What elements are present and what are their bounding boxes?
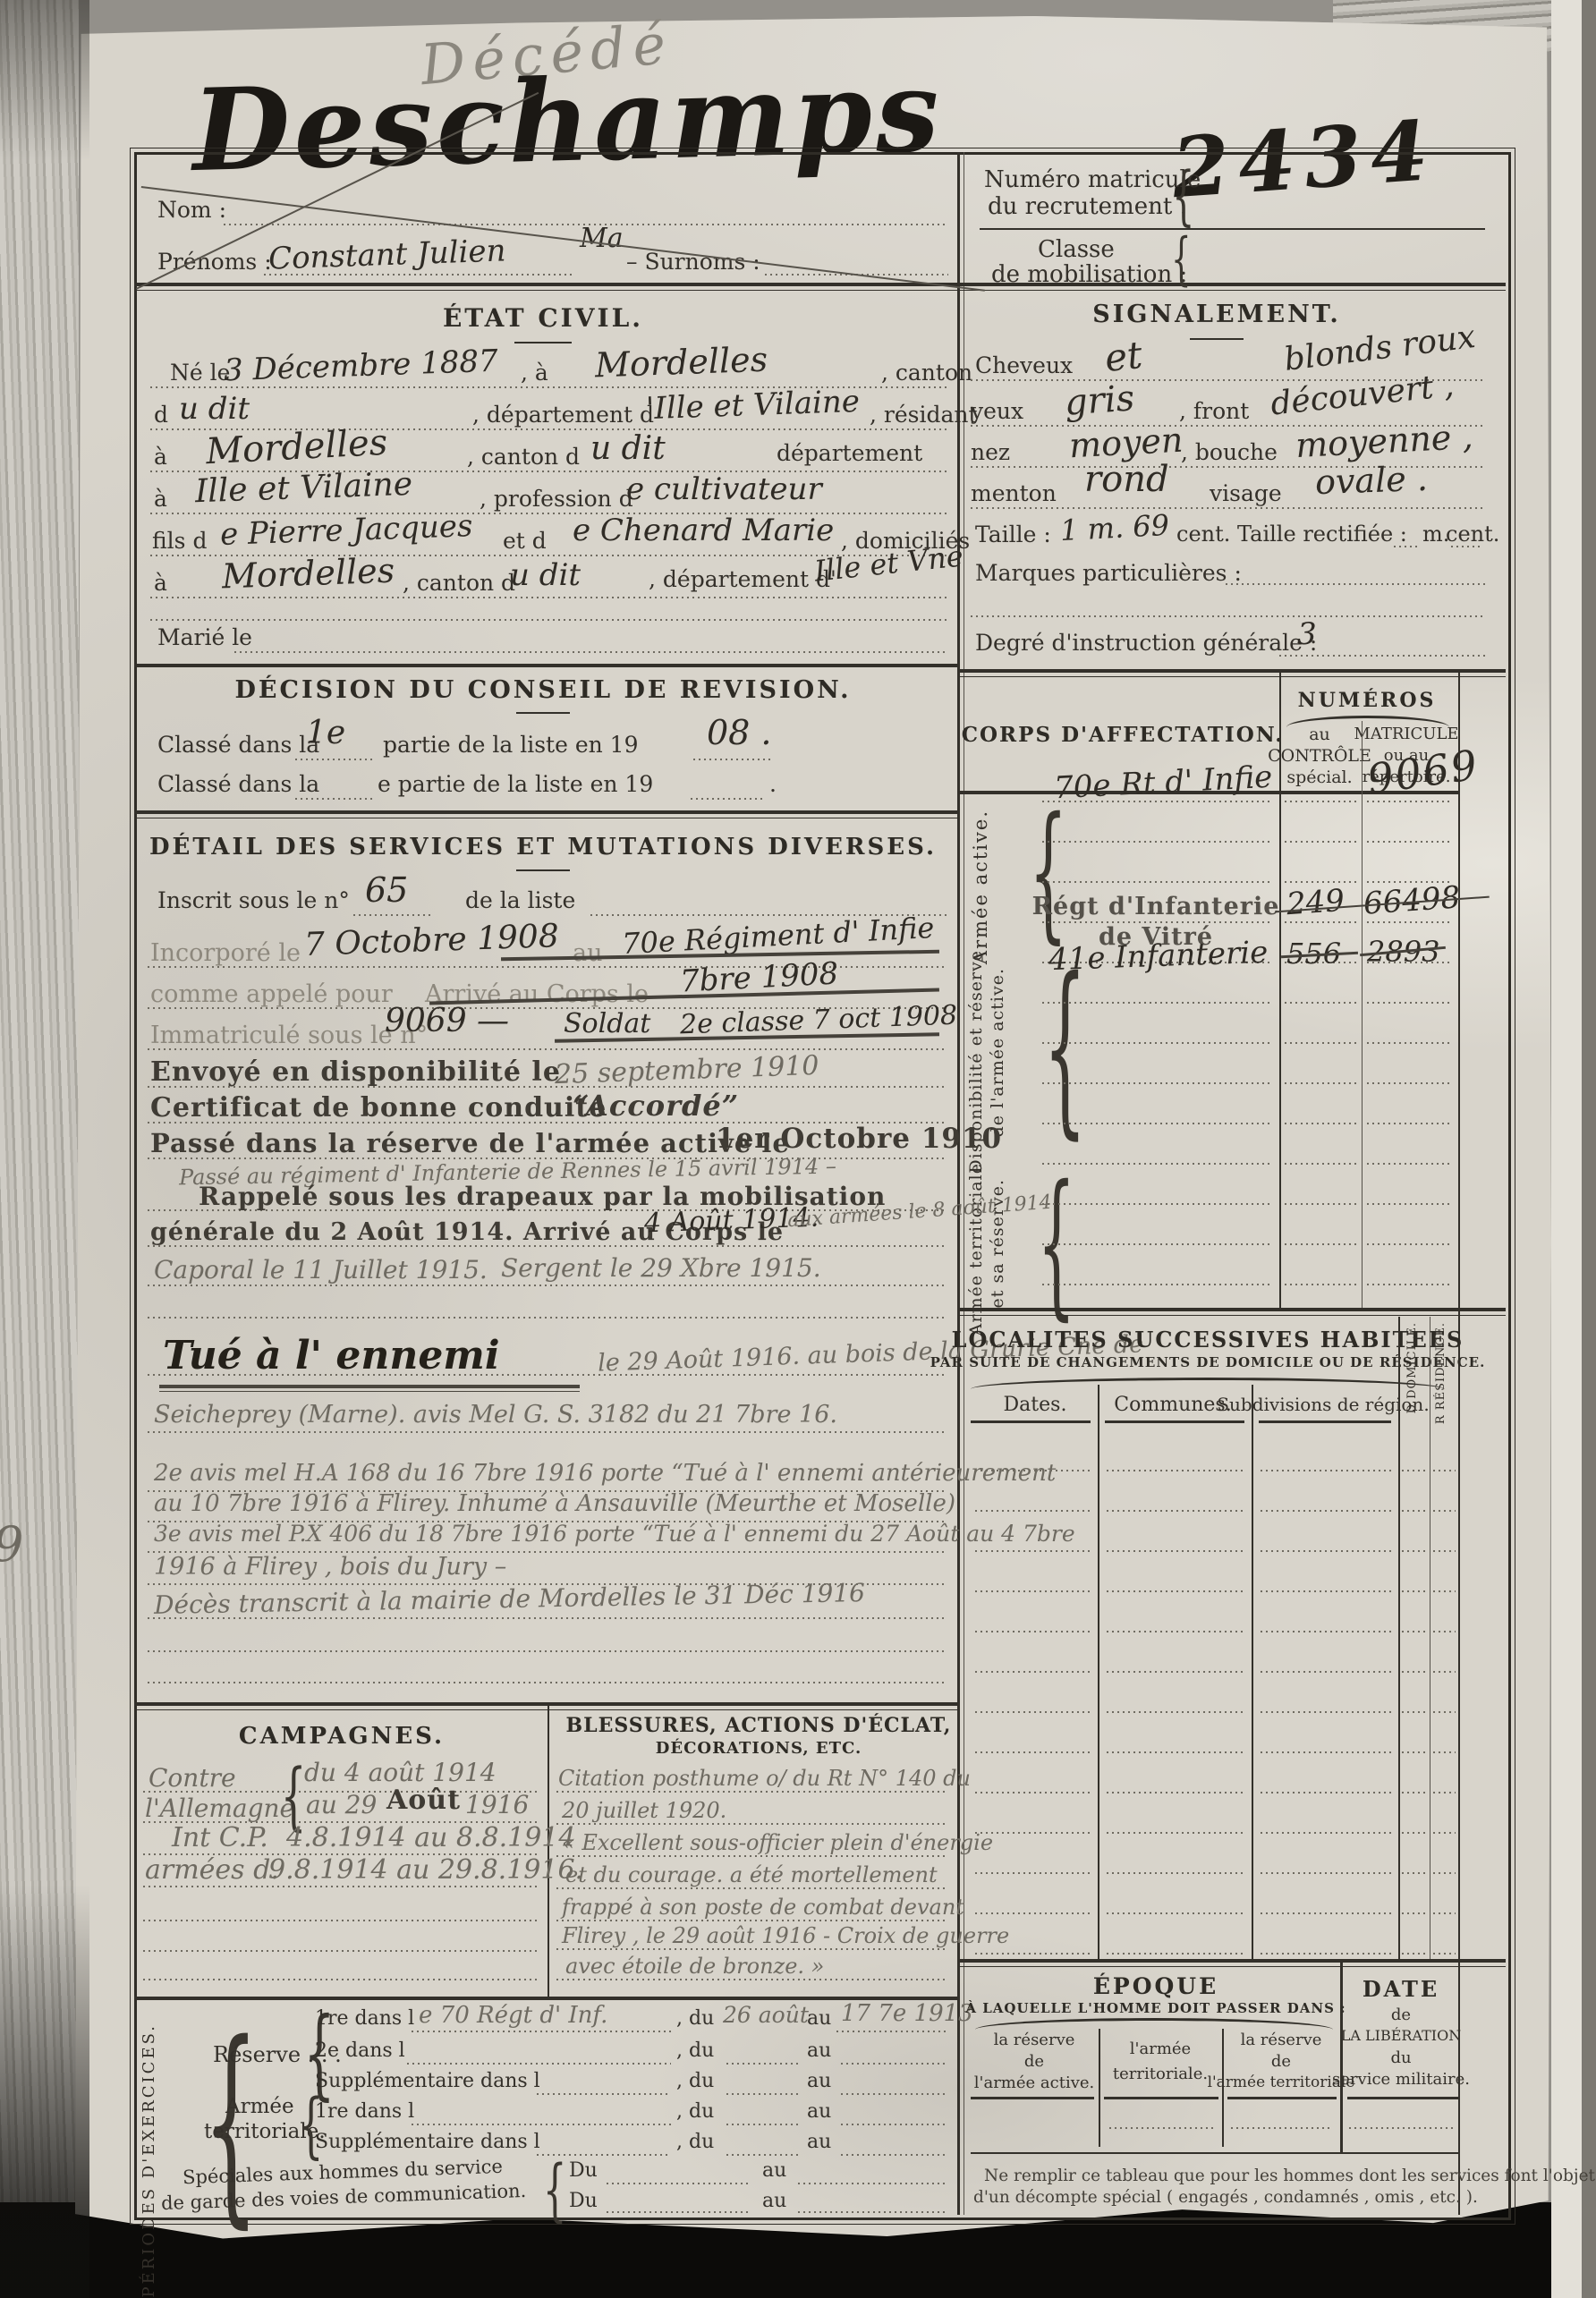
srv1-p: Incorporé le	[150, 941, 301, 965]
marques-label: Marques particulières :	[975, 562, 1242, 584]
sp-row2-dots1	[607, 2211, 750, 2213]
localites-vert-domicile: D DOMICILE.	[1406, 1322, 1418, 1413]
deces-l2-dots	[148, 1431, 947, 1433]
ec-l6-c: , département d'	[649, 568, 836, 590]
date-label-2: de	[1391, 2007, 1411, 2023]
date-label-3: LA LIBÉRATION	[1341, 2029, 1461, 2043]
services-title-rule	[516, 869, 570, 871]
ec-l1-b: , à	[521, 361, 548, 384]
cheveux-label: Cheveux	[975, 354, 1073, 377]
ec-l1-a: Né le	[170, 361, 230, 384]
front-label: , front	[1179, 400, 1249, 422]
etat-civil-title: ÉTAT CIVIL.	[443, 306, 643, 331]
localites-subtitle: PAR SUITE DE CHANGEMENTS DE DOMICILE OU …	[930, 1356, 1486, 1369]
ec-l2-a: d	[154, 403, 168, 426]
blessures-line-7: avec étoile de bronze. »	[565, 1955, 824, 1977]
epoque-date-divider	[1340, 1963, 1343, 2152]
bl-l3-dots	[556, 1855, 947, 1857]
localites-col2-line	[1252, 1385, 1253, 1959]
matricule-brace: {	[1172, 163, 1194, 227]
srv10-dots	[148, 1285, 947, 1286]
sp-row2-au: au	[762, 2192, 786, 2211]
ec-l6-hw1: Mordelles	[221, 554, 395, 594]
inscrit-dots1	[353, 914, 434, 916]
per-r2-b: , du	[676, 2041, 714, 2061]
srv3-p2: Soldat	[564, 1011, 650, 1038]
localites-col-dates: Dates.	[1004, 1395, 1067, 1415]
ec-l2-hw2: 'Ille et Vilaine	[645, 386, 860, 424]
ec-l4-b: , profession d	[480, 488, 633, 510]
ec-l1-hw1: 3 Décembre 1887	[224, 346, 499, 386]
yeux-value: gris	[1064, 380, 1136, 420]
camp-blank-1	[143, 1920, 537, 1921]
date-label-1: DATE	[1363, 1979, 1439, 2000]
per-r3-dots2	[726, 2093, 798, 2095]
matricule-label-line1: Numéro matricule	[984, 168, 1201, 191]
epoque-title: ÉPOQUE	[1093, 1975, 1218, 1997]
signalement-title: SIGNALEMENT.	[1092, 302, 1341, 326]
epoque-head-rule-2	[1104, 2097, 1218, 2099]
per-r4-b: , du	[676, 2102, 714, 2122]
blessures-line-2: 20 juillet 1920.	[562, 1800, 726, 1821]
corps-col2-line	[1362, 721, 1363, 1308]
localites-dots-subdivisions	[1261, 1431, 1391, 1955]
per-r5-c: au	[807, 2133, 831, 2152]
side-armee-active: Armée active.	[972, 810, 990, 964]
bouche-label: , bouche	[1181, 441, 1278, 463]
srv-blank-dots-1	[148, 1317, 947, 1319]
per-r2-dots1	[407, 2063, 671, 2065]
decision-l2-b: e partie de la liste en 19	[378, 773, 653, 795]
degre-dots	[1279, 655, 1485, 657]
decision-bottom-rule-thin	[134, 818, 959, 818]
srv5-h: “Accordé”	[573, 1091, 739, 1120]
per-r1-dots2	[836, 2031, 948, 2032]
epoque-row-dots-4	[1349, 2127, 1455, 2129]
corps-rows-dots-ctrl	[1285, 762, 1358, 1308]
sig-blank-dots	[971, 615, 1485, 617]
epoque-c1-l3: l'armée active.	[974, 2075, 1094, 2091]
decision-bottom-rule	[134, 810, 959, 814]
ec-l5-hw2: e Chenard Marie	[573, 515, 834, 546]
deces-l7-dots	[148, 1617, 947, 1619]
deces-underline-1	[159, 1385, 580, 1388]
localites-vert-residence: R RÉSIDENCE.	[1435, 1322, 1447, 1424]
epoque-c3-l1: la réserve	[1241, 2032, 1322, 2048]
camp-l3-b: 4.8.1914 au 8.8.1914	[286, 1825, 575, 1852]
bl-l4-dots	[556, 1887, 947, 1889]
srv1-p2: au	[573, 941, 603, 965]
srv6-p: Passé dans la réserve de l'armée active …	[150, 1131, 790, 1157]
corps-col1-line	[1279, 673, 1281, 1308]
ec-l6-a: à	[154, 572, 167, 594]
per-r4-dots1	[412, 2124, 671, 2125]
per-r1-c: au	[807, 2009, 831, 2029]
band-top-rule-thin	[134, 1709, 959, 1710]
ec-l1-c: , canton	[881, 361, 972, 384]
decision-title-rule	[516, 712, 570, 714]
sp-row1-dots1	[607, 2183, 750, 2184]
srv1-h: 7 Octobre 1908	[303, 920, 559, 962]
localites-header-bottom-1	[971, 1420, 1091, 1423]
corps-rows-dots-name	[1042, 762, 1273, 1308]
per-r3-b: , du	[676, 2072, 714, 2091]
classe-label-line1: Classe	[1038, 238, 1115, 261]
sp-row1-du: Du	[569, 2161, 598, 2181]
epoque-col1-line	[1099, 2029, 1100, 2147]
ec-l6-hw2: u dit	[510, 560, 581, 590]
inscrit-value: 65	[365, 873, 408, 907]
taille-rectifiee-label: cent. Taille rectifiée :	[1176, 523, 1407, 545]
numeros-header: NUMÉROS	[1298, 691, 1437, 710]
ec-blank-dots	[150, 619, 947, 621]
degre-label: Degré d'instruction générale :	[975, 632, 1317, 654]
degre-value: 3	[1297, 619, 1317, 649]
matricule-label-line2: du recrutement :	[988, 195, 1187, 218]
band-top-rule	[134, 1702, 959, 1706]
blessures-line-6: Flirey , le 29 août 1916 - Croix de guer…	[562, 1925, 1009, 1946]
bl-l1-dots	[556, 1791, 947, 1793]
per-r5-dots2	[726, 2154, 798, 2156]
date-label-5: service militaire.	[1332, 2072, 1470, 2088]
camp-blank-2	[143, 1950, 537, 1952]
prenoms-dotted-line	[264, 274, 573, 276]
ec-l3-hw1: Mordelles	[205, 425, 388, 471]
prenoms-suffix: Ma	[580, 225, 624, 252]
bl-l6-dots	[556, 1948, 947, 1950]
periodes-vertical-label: PÉRIODES D'EXERCICES.	[141, 2023, 157, 2298]
per-r5-b: , du	[676, 2133, 714, 2152]
ec-l4-a: à	[154, 488, 167, 510]
marie-label: Marié le	[157, 626, 252, 649]
srv3-h: 9069 —	[385, 1005, 509, 1038]
localites-col4-line	[1430, 1317, 1430, 1959]
decision-l1-dots2	[693, 759, 774, 760]
decision-l1-b: partie de la liste en 19	[383, 733, 639, 756]
camp-l2-c: 1916	[465, 1793, 529, 1818]
ec-l4-hw2: e cultivateur	[626, 474, 822, 505]
visage-label: visage	[1210, 482, 1282, 505]
epoque-c1-l2: de	[1024, 2054, 1044, 2070]
camp-l2-a: l'Allemagne	[145, 1796, 294, 1821]
classe-label-line2: de mobilisation :	[991, 263, 1187, 286]
classe-brace: {	[1171, 231, 1191, 288]
localites-dots-dates	[975, 1431, 1091, 1955]
campagnes-title: CAMPAGNES.	[239, 1725, 445, 1748]
side-disponibilite-2: de l'armée active.	[989, 968, 1006, 1137]
marie-dots	[234, 651, 947, 653]
services-title: DÉTAIL DES SERVICES ET MUTATIONS DIVERSE…	[149, 835, 937, 859]
epoque-c2-l1: l'armée	[1130, 2041, 1191, 2057]
terr-label-1: Armée	[225, 2097, 294, 2117]
signalement-title-rule	[1190, 338, 1244, 340]
ec-l5-b: et d	[503, 530, 547, 552]
sp-row1-au: au	[762, 2161, 786, 2181]
camp-blank-3	[143, 1979, 537, 1980]
localites-col-communes: Communes.	[1114, 1395, 1231, 1415]
per-r1-h2: 26 août	[723, 2004, 809, 2026]
corps-stamp-line1: Régt d'Infanterie	[1032, 895, 1280, 919]
sig-row4-dots	[971, 507, 1485, 509]
srv10-h: Caporal le 11 Juillet 1915.	[154, 1258, 488, 1283]
marques-dots	[1226, 583, 1485, 585]
camp-l2-stamp: Août	[386, 1787, 461, 1814]
nez-value: moyen	[1068, 423, 1184, 463]
prenoms-value: Constant Julien	[267, 235, 505, 274]
per-r1-a: 1re dans l	[315, 2009, 414, 2029]
camp-l2-b: au 29	[306, 1793, 377, 1818]
srv2-p: comme appelé pour	[150, 982, 393, 1006]
inscrit-label: Inscrit sous le n°	[157, 889, 350, 912]
nom-label: Nom :	[157, 199, 226, 221]
epoque-body-bottom	[971, 2152, 1458, 2154]
decision-l1-v1: 1e	[306, 717, 345, 750]
epoque-c2-l2: territoriale.	[1113, 2066, 1208, 2082]
localites-title: LOCALITES SUCCESSIVES HABITEES	[952, 1329, 1464, 1351]
speciales-brace: {	[543, 2156, 567, 2224]
epoque-c3-l2: de	[1271, 2054, 1291, 2070]
sp-row2-du: Du	[569, 2192, 598, 2211]
corps-row2-controle: 249	[1286, 886, 1346, 920]
per-r2-a: 2e dans l	[315, 2041, 405, 2061]
matricule-head-1: MATRICULE	[1354, 726, 1458, 742]
srv6-h: 1er Octobre 1910	[716, 1125, 1002, 1153]
epoque-head-rule-1	[971, 2097, 1094, 2099]
camp-l1-b: du 4 août 1914	[304, 1760, 497, 1785]
deces-blank-1	[148, 1650, 947, 1652]
deces-l4: au 10 7bre 1916 à Flirey. Inhumé à Ansau…	[154, 1492, 955, 1515]
deces-l2: Seicheprey (Marne). avis Mel G. S. 3182 …	[154, 1403, 837, 1427]
bl-l7-dots	[556, 1979, 947, 1980]
epoque-head-rule-3	[1227, 2097, 1337, 2099]
ec-l5-hw1: e Pierre Jacques	[219, 511, 472, 550]
blessures-title-1: BLESSURES, ACTIONS D'ÉCLAT,	[566, 1716, 952, 1735]
per-r2-dots2	[726, 2063, 798, 2065]
sp-row2-dots2	[798, 2211, 948, 2213]
corps-top-rule-thin	[959, 676, 1506, 677]
decision-title: DÉCISION DU CONSEIL DE REVISION.	[235, 678, 852, 702]
blessures-line-3: « Excellent sous-officier plein d'énergi…	[562, 1832, 993, 1853]
per-r5-a: Supplémentaire dans l	[315, 2133, 540, 2152]
ec-l4-hw1: Ille et Vilaine	[194, 469, 412, 508]
localites-header-bottom-3	[1259, 1420, 1391, 1423]
srv4-p: Envoyé en disponibilité le	[150, 1059, 561, 1086]
deces-l5: 3e avis mel P.X 406 du 18 7bre 1916 port…	[154, 1522, 1075, 1545]
per-r3-dots3	[841, 2093, 948, 2095]
ec-l6-b: , canton d	[403, 572, 515, 594]
camp-l1-a: Contre	[149, 1766, 236, 1791]
bl-l5-dots	[556, 1920, 947, 1921]
ec-l3-hw2: u dit	[590, 433, 666, 465]
epoque-note-1: Ne remplir ce tableau que pour les homme…	[984, 2168, 1595, 2185]
inscrit-label2: de la liste	[465, 889, 575, 912]
per-r3-c: au	[807, 2072, 831, 2091]
per-r4-a: 1re dans l	[315, 2102, 414, 2122]
camp-l4-b: 9.8.1914 au 29.8.1916.	[268, 1857, 583, 1884]
camp-l4-dots	[143, 1886, 537, 1887]
ec-l2-hw1: u dit	[179, 394, 250, 424]
controle-head-1: au	[1309, 726, 1330, 743]
deces-blank-2	[148, 1682, 947, 1683]
sp-row1-dots2	[798, 2183, 948, 2184]
epoque-top-rule	[959, 1959, 1506, 1963]
corps-rows-dots-matr	[1367, 762, 1453, 1308]
taille-cent-text: cent.	[1446, 523, 1499, 545]
decision-l1-v2: 08 .	[707, 716, 772, 750]
margin-note: 9	[0, 1521, 23, 1569]
decision-l2-a: Classé dans la	[157, 773, 319, 795]
decision-l2-c: .	[769, 773, 777, 795]
etat-civil-title-rule	[514, 342, 572, 343]
menton-label: menton	[971, 482, 1057, 505]
scan-photo: { "annotations":{ "deceased_note":"Décéd…	[0, 0, 1596, 2298]
per-r5-dots3	[841, 2154, 948, 2156]
taille-label: Taille :	[975, 523, 1051, 546]
per-r4-dots3	[841, 2124, 948, 2125]
blessures-title-2: DÉCORATIONS, ETC.	[656, 1741, 862, 1757]
epoque-head-rule-4	[1347, 2097, 1458, 2099]
epoque-row-dots-3	[1231, 2127, 1333, 2129]
book-shade	[0, 0, 89, 2298]
cheveux-value: et	[1103, 336, 1144, 377]
srv10-h2: Sergent le 29 Xbre 1915.	[501, 1256, 821, 1281]
srv5-p: Certificat de bonne conduite	[150, 1095, 607, 1122]
ec-l1-hw2: Mordelles	[594, 343, 768, 383]
ec-l2-b: , département d	[472, 403, 654, 426]
matricule-underline	[980, 228, 1485, 230]
deces-l3: 2e avis mel H.A 168 du 16 7bre 1916 port…	[154, 1462, 1056, 1485]
epoque-top-rule-thin	[959, 1966, 1506, 1967]
per-r4-c: au	[807, 2102, 831, 2122]
corps-top-rule	[959, 669, 1506, 673]
ec-l3-a: à	[154, 445, 167, 468]
visage-value: ovale .	[1314, 462, 1428, 499]
corps-affectation-title: CORPS D'AFFECTATION.	[962, 725, 1285, 745]
per-r3-dots1	[537, 2093, 671, 2095]
localites-col1-line	[1098, 1385, 1099, 1959]
menton-value: rond	[1084, 462, 1169, 497]
bouche-value: moyenne ,	[1295, 420, 1473, 462]
header-bottom-rule	[134, 283, 1506, 286]
blessures-line-5: frappé à son poste de combat devant	[562, 1896, 964, 1918]
deces-l1-dots	[148, 1374, 947, 1376]
taille-m-dots	[1394, 546, 1419, 547]
deces-l1-big: Tué à l' ennemi	[163, 1336, 500, 1376]
epoque-note-2: d'un décompte spécial ( engagés , condam…	[973, 2190, 1478, 2207]
per-r1-b: , du	[676, 2009, 714, 2029]
ec-line6-dots	[150, 597, 947, 598]
epoque-row-dots-2	[1109, 2127, 1215, 2129]
per-r3-a: Supplémentaire dans l	[315, 2072, 540, 2091]
etat-civil-bottom-rule	[134, 664, 959, 667]
yeux-label: yeux	[971, 400, 1023, 422]
per-r1-dots1	[412, 2031, 671, 2032]
right-photo-edge	[1582, 0, 1596, 2298]
localites-dots-communes	[1107, 1431, 1244, 1955]
per-r1-h3: 17 7e 1913	[841, 2002, 973, 2025]
bl-l2-dots	[556, 1823, 947, 1825]
header-bottom-rule-thin	[134, 290, 1506, 291]
decision-l1-dots1	[295, 759, 372, 760]
per-r2-dots3	[841, 2063, 948, 2065]
epoque-subtitle: À LAQUELLE L'HOMME DOIT PASSER DANS :	[965, 2002, 1346, 2015]
per-r2-c: au	[807, 2041, 831, 2061]
decision-l2-dots2	[691, 798, 762, 800]
right-page-band	[1551, 0, 1582, 2298]
camp-l4-a: armées d.	[145, 1857, 279, 1884]
blessures-line-4: et du courage. a été mortellement	[565, 1864, 938, 1886]
decision-l1-a: Classé dans la	[157, 733, 319, 756]
localites-dots-residence	[1433, 1431, 1456, 1955]
localites-header-bottom-2	[1105, 1420, 1244, 1423]
deces-underline-2	[159, 1391, 580, 1392]
localites-col3-line	[1398, 1317, 1400, 1959]
nez-label: nez	[971, 441, 1010, 463]
camp-l3-a: Int C.P.	[172, 1825, 268, 1852]
decision-l2-dots1	[295, 798, 372, 800]
ec-l3-c: département	[777, 442, 922, 464]
blessures-line-1: Citation posthume o/ du Rt N° 140 du	[558, 1768, 971, 1789]
localites-top-rule	[959, 1308, 1506, 1311]
localites-dots-domicile	[1402, 1431, 1426, 1955]
deces-l6: 1916 à Flirey , bois du Jury –	[154, 1555, 506, 1579]
corps-row3-name: 41e Infanterie	[1048, 937, 1268, 976]
ec-l5-a: fils d	[152, 530, 207, 552]
per-r1-h1: e 70 Régt d' Inf.	[419, 2004, 607, 2027]
taille-value: 1 m. 69	[1059, 511, 1169, 545]
localites-top-rule-thin	[959, 1315, 1506, 1316]
ec-l3-b: , canton d	[467, 445, 580, 468]
date-label-4: du	[1390, 2050, 1411, 2066]
per-r4-dots2	[726, 2124, 798, 2125]
epoque-c1-l1: la réserve	[994, 2032, 1075, 2048]
ec-l2-c: , résidant	[870, 403, 978, 426]
